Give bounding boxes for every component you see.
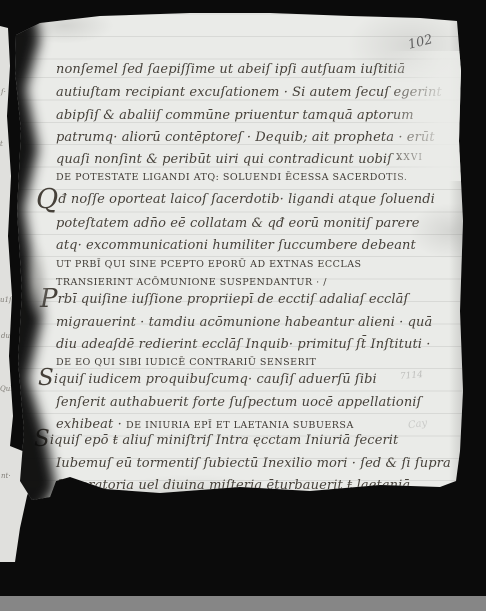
manuscript-line: quaſi nonſint & peribūt uiri qui contrad… <box>56 152 401 167</box>
manuscript-line: Iubemuſ eū tormentiſ ſubiectū Inexilio m… <box>56 456 451 471</box>
manuscript-line: poteſtatem adn̄o eē collatam & qđ eorū m… <box>56 216 420 231</box>
manuscript-line: patrumq· aliorū contēptoreſ · Dequib; ai… <box>56 130 435 145</box>
manuscript-photo: ſ· t u1ſ dui Quī nt· 102 nonſemel ſed ſa… <box>0 0 486 611</box>
facing-page-text-fragment: u1ſ <box>0 296 12 304</box>
ink-fade-area <box>385 51 463 181</box>
pencil-annotation: 7114 <box>400 370 424 382</box>
rubric-line: DE EO QUI SIBI IUDICĒ CONTRARIŪ SENSERIT <box>56 357 316 368</box>
line-text: iquiſ epō ŧ aliuſ miniſtriſ Intra ęcctam… <box>50 433 399 448</box>
rubric-inline: DE INIURIA EPĪ ET LAETANIA SUBUERSA <box>126 420 354 431</box>
facing-page-text-fragment: ſ· <box>1 88 6 96</box>
facing-page-text-fragment: Quī <box>0 385 13 393</box>
manuscript-line: Prbī quiſine iuſſione propriiepī de ecct… <box>56 292 408 313</box>
manuscript-line: Siquiſ epō ŧ aliuſ miniſtriſ Intra ęccta… <box>56 433 398 451</box>
manuscript-line: autiuſtam recipiant excuſationem · Si au… <box>56 85 442 100</box>
rubric-line: UT PRBĪ QUI SINE PCEPTO EPORŪ AD EXTNAS … <box>56 259 362 270</box>
facing-page-text-fragment: dui <box>1 332 12 340</box>
scanner-bed-strip <box>0 596 486 611</box>
manuscript-line: abipſiſ & abaliiſ commūne priuentur tamq… <box>56 108 414 123</box>
manuscript-line: exhibeat · DE INIURIA EPĪ ET LAETANIA SU… <box>56 417 354 432</box>
line-text: iquiſ iudicem proquibuſcumq· cauſiſ adue… <box>54 372 377 387</box>
manuscript-line: Qđ noſſe oporteat laicoſ ſacerdotib· lig… <box>56 192 435 214</box>
manuscript-line: Siquiſ iudicem proquibuſcumq· cauſiſ adu… <box>56 372 377 390</box>
manuscript-line: migrauerint · tamdiu acōmunione habeantu… <box>56 315 432 330</box>
manuscript-line: nonſemel ſed ſaepiſſime ut abeiſ ipſi au… <box>56 62 405 77</box>
facing-page-text-fragment: nt· <box>1 472 11 480</box>
rubric-line: DE POTESTATE LIGANDI ATQ: SOLUENDI ĒCESS… <box>56 172 407 183</box>
line-text: exhibeat · <box>56 417 126 432</box>
line-text: đ noſſe oporteat laicoſ ſacerdotib· liga… <box>58 192 435 207</box>
manuscript-page: 102 nonſemel ſed ſaepiſſime ut abeiſ ipſ… <box>10 11 465 500</box>
rubric-line: TRANSIERINT ACŌMUNIONE SUSPENDANTUR · / <box>56 277 327 288</box>
manuscript-line: diu adeaſdē redierint ecclāſ Inquib· pri… <box>56 337 431 352</box>
manuscript-line: ſenſerit authabuerit forte ſuſpectum uoc… <box>56 395 421 410</box>
line-text: rbī quiſine iuſſione propriiepī de eccti… <box>58 292 409 307</box>
facing-page-text-fragment: t <box>0 140 3 148</box>
manuscript-line: ſcā oratoria uel diuina miſteria ēturbau… <box>56 478 410 493</box>
gutter-highlight <box>24 243 50 321</box>
manuscript-line: atq· excommunicationi humiliter ſuccumbe… <box>56 238 416 253</box>
